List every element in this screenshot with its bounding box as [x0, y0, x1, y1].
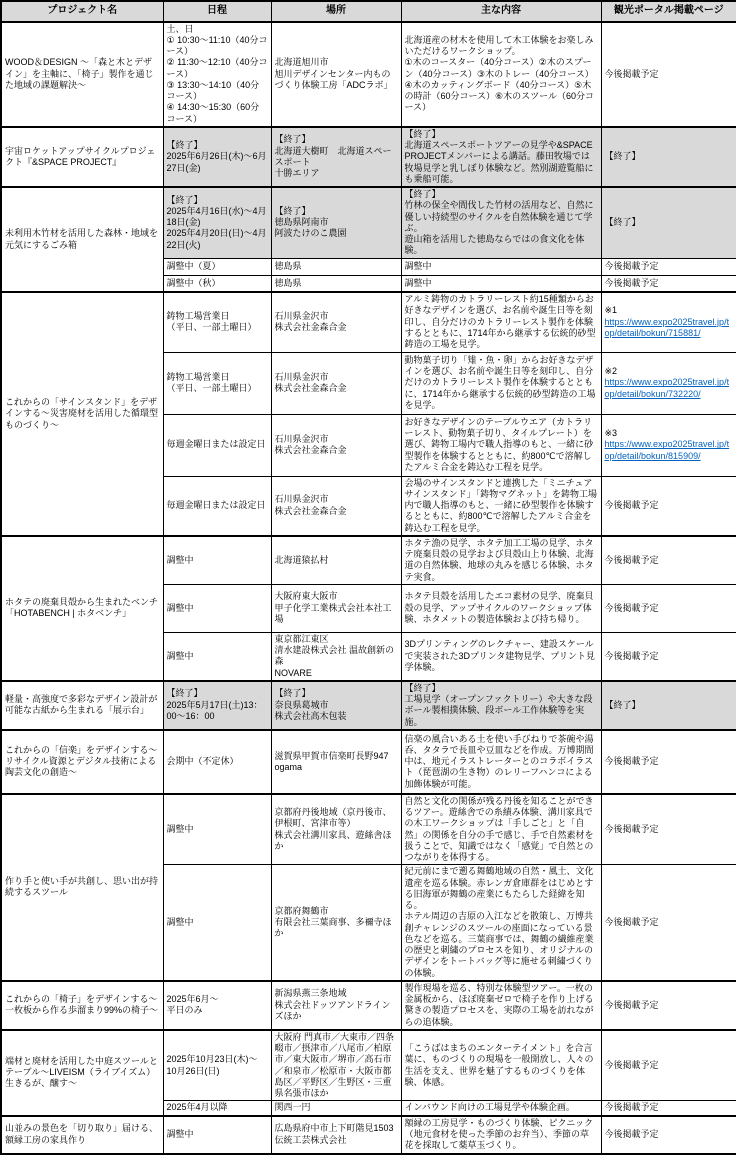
column-header-schedule: 日程 — [163, 1, 271, 22]
portal-cell: 今後掲載予定 — [601, 794, 736, 865]
content-cell: 3Dプリンティングのレクチャー、建設スケールで実装された3Dプリンタ建物見学、プ… — [401, 632, 601, 681]
portal-cell: 今後掲載予定 — [601, 536, 736, 585]
content-cell: 信楽の風合いある土を使い手びねりで茶碗や湯呑、タタラで長皿や豆皿などを作成。万博… — [401, 730, 601, 794]
location-cell: 広島県府中市上下町階見1503 伝統工芸株式会社 — [271, 1116, 401, 1154]
portal-status: 【終了】 — [605, 151, 641, 161]
schedule-cell: 調整中 — [163, 584, 271, 632]
project-name-cell: これからの「信楽」をデザインする～リサイクル資源とデジタル技術による陶芸文化の創… — [1, 730, 163, 794]
content-cell: 製作現場を巡る、特別な体験型ツアー。一枚の金属板から、ほぼ廃棄ゼロで椅子を作り上… — [401, 981, 601, 1030]
location-cell: 北海道旭川市 旭川デザインセンター内ものづくり体験工房「ADCラボ」 — [271, 22, 401, 127]
portal-cell: 今後掲載予定 — [601, 22, 736, 127]
schedule-cell: 鋳物工場営業日 （平日、一部土曜日） — [163, 292, 271, 352]
content-cell: アルミ鋳物のカトラリーレスト約15種類からお好きなデザインを選び、お名前や誕生日… — [401, 292, 601, 352]
table-row: 未利用木竹材を活用した森林・地域を元気にするごみ箱 【終了】 2025年4月16… — [1, 187, 736, 258]
schedule-cell: 2025年6月～ 平日のみ — [163, 981, 271, 1030]
portal-status: 今後掲載予定 — [605, 278, 659, 288]
content-cell: 【終了】 北海道スペースポートツアーの見学や&SPACE PROJECTメンバー… — [401, 127, 601, 187]
location-cell: 【終了】 北海道大樹町 北海道スペースポート 十勝エリア — [271, 127, 401, 187]
column-header-location: 場所 — [271, 1, 401, 22]
content-cell: 会場のサインスタンドと連携した「ミニチュアサインスタンド」「鋳物マグネット」を鋳… — [401, 476, 601, 536]
portal-cell: 今後掲載予定 — [601, 865, 736, 981]
portal-status: 今後掲載予定 — [605, 917, 659, 927]
portal-status: 今後掲載予定 — [605, 1060, 659, 1070]
table-row: 端材と廃材を活用した中庭スツールとテーブル～LIVEISM（ライブイズム） 生き… — [1, 1030, 736, 1101]
location-cell: 京都府舞鶴市 有限会社三葉商事、多禰寺ほか — [271, 865, 401, 981]
portal-cell: 今後掲載予定 — [601, 476, 736, 536]
location-cell: 大阪府東大阪市 甲子化学工業株式会社本社工場 — [271, 584, 401, 632]
portal-cell: 今後掲載予定 — [601, 1030, 736, 1101]
project-name-cell: 宇宙ロケットアップサイクルプロジェクト『&SPACE PROJECT』 — [1, 127, 163, 187]
location-cell: 新潟県燕三条地域 株式会社ドッツアンドラインズほか — [271, 981, 401, 1030]
schedule-cell: 鋳物工場営業日 （平日、一部土曜日） — [163, 352, 271, 414]
schedule-cell: 調整中 — [163, 865, 271, 981]
project-name-cell: 未利用木竹材を活用した森林・地域を元気にするごみ箱 — [1, 187, 163, 292]
project-name-cell: WOOD＆DESIGN ～「森と木とデザイン」を主軸に、「椅子」製作を通じた地域… — [1, 22, 163, 127]
content-cell: 自然と文化の関係が残る丹後を知ることができるツアー。遊絲舎での糸績み体験、溝川家… — [401, 794, 601, 865]
portal-cell: 今後掲載予定 — [601, 275, 736, 292]
content-cell: 調整中 — [401, 275, 601, 292]
schedule-cell: 調整中（秋） — [163, 275, 271, 292]
portal-note: ※2 — [605, 366, 618, 376]
portal-status: 今後掲載予定 — [605, 1129, 659, 1139]
schedule-cell: 調整中 — [163, 1116, 271, 1154]
content-cell: インバウンド向けの工場見学や体験企画。 — [401, 1101, 601, 1116]
portal-note: ※3 — [605, 428, 618, 438]
schedule-cell: 会期中（不定休） — [163, 730, 271, 794]
schedule-cell: 調整中（夏） — [163, 258, 271, 275]
project-name-cell: ホタテの廃棄貝殻から生まれたベンチ「HOTABENCH | ホタベンチ」 — [1, 536, 163, 681]
table-row: これからの「椅子」をデザインする～ 一枚板から作る歩溜まり99%の椅子～ 202… — [1, 981, 736, 1030]
portal-cell: 今後掲載予定 — [601, 730, 736, 794]
portal-cell: 今後掲載予定 — [601, 1116, 736, 1154]
table-row: 作り手と使い手が共創し、思い出が持続するスツール 調整中 京都府丹後地域（京丹後… — [1, 794, 736, 865]
location-cell: 徳島県 — [271, 275, 401, 292]
portal-status: 今後掲載予定 — [605, 1000, 659, 1010]
table-row: これからの「信楽」をデザインする～リサイクル資源とデジタル技術による陶芸文化の創… — [1, 730, 736, 794]
portal-cell: 【終了】 — [601, 127, 736, 187]
portal-cell: ※3https://www.expo2025travel.jp/top/deta… — [601, 414, 736, 476]
portal-status: 今後掲載予定 — [605, 824, 659, 834]
portal-note: ※1 — [605, 305, 618, 315]
table-row: WOOD＆DESIGN ～「森と木とデザイン」を主軸に、「椅子」製作を通じた地域… — [1, 22, 736, 127]
location-cell: 石川県金沢市 株式会社金森合金 — [271, 476, 401, 536]
schedule-cell: 調整中 — [163, 794, 271, 865]
table-row: 軽量・高強度で多彩なデザイン設計が可能な古紙から生まれる「展示台」 【終了】 2… — [1, 681, 736, 730]
location-cell: 【終了】 徳島県阿南市 阿波たけのこ農園 — [271, 187, 401, 258]
table-row: 山並みの景色を「切り取り」届ける、額縁工房の家具作り 調整中 広島県府中市上下町… — [1, 1116, 736, 1154]
portal-status: 今後掲載予定 — [605, 756, 659, 766]
project-name-cell: これからの「サインスタンド」をデザインする～災害廃材を活用した循環型ものづくり～ — [1, 292, 163, 536]
portal-link[interactable]: https://www.expo2025travel.jp/top/detail… — [605, 317, 734, 340]
schedule-cell: 毎週金曜日または設定日 — [163, 476, 271, 536]
portal-cell: ※1https://www.expo2025travel.jp/top/deta… — [601, 292, 736, 352]
location-cell: 関西一円 — [271, 1101, 401, 1116]
schedule-cell: 2025年10月23日(木)～10月26日(日) — [163, 1030, 271, 1101]
portal-cell: 今後掲載予定 — [601, 1101, 736, 1116]
location-cell: 京都府丹後地域（京丹後市、伊根町、宮津市等） 株式会社溝川家具、遊絲舎ほか — [271, 794, 401, 865]
content-cell: 調整中 — [401, 258, 601, 275]
content-cell: 額縁の工房見学・ものづくり体験、ピクニック（地元食材を使った季節のお弁当）、季節… — [401, 1116, 601, 1154]
project-name-cell: これからの「椅子」をデザインする～ 一枚板から作る歩溜まり99%の椅子～ — [1, 981, 163, 1030]
portal-status: 今後掲載予定 — [605, 1102, 659, 1112]
content-cell: お好きなデザインのテーブルウエア（カトラリーレスト、動物菓子切り、タイルプレート… — [401, 414, 601, 476]
column-header-content: 主な内容 — [401, 1, 601, 22]
schedule-cell: 2025年4月以降 — [163, 1101, 271, 1116]
project-schedule-table: プロジェクト名 日程 場所 主な内容 観光ポータル掲載ページ WOOD＆DESI… — [0, 0, 736, 1155]
portal-status: 【終了】 — [605, 700, 641, 710]
schedule-cell: 土、日 ① 10:30～11:10（40分コース） ② 11:30～12:10（… — [163, 22, 271, 127]
portal-status: 【終了】 — [605, 217, 641, 227]
location-cell: 石川県金沢市 株式会社金森合金 — [271, 352, 401, 414]
schedule-cell: 調整中 — [163, 632, 271, 681]
portal-cell: 今後掲載予定 — [601, 981, 736, 1030]
portal-status: 今後掲載予定 — [605, 651, 659, 661]
portal-link[interactable]: https://www.expo2025travel.jp/top/detail… — [605, 377, 734, 400]
schedule-cell: 毎週金曜日または設定日 — [163, 414, 271, 476]
schedule-cell: 調整中 — [163, 536, 271, 585]
portal-cell: 今後掲載予定 — [601, 632, 736, 681]
location-cell: 【終了】 奈良県葛城市 株式会社高木包装 — [271, 681, 401, 730]
content-cell: 北海道産の材木を使用して木工体験をお楽しみいただけるワークショップ。 ①木のコー… — [401, 22, 601, 127]
content-cell: 【終了】 竹林の保全や間伐した竹材の活用など、自然に優しい持続型のサイクルを自然… — [401, 187, 601, 258]
portal-cell: ※2https://www.expo2025travel.jp/top/deta… — [601, 352, 736, 414]
project-name-cell: 作り手と使い手が共創し、思い出が持続するスツール — [1, 794, 163, 981]
portal-cell: 【終了】 — [601, 681, 736, 730]
project-name-cell: 端材と廃材を活用した中庭スツールとテーブル～LIVEISM（ライブイズム） 生き… — [1, 1030, 163, 1116]
portal-cell: 今後掲載予定 — [601, 258, 736, 275]
location-cell: 北海道猿払村 — [271, 536, 401, 585]
location-cell: 石川県金沢市 株式会社金森合金 — [271, 292, 401, 352]
portal-status: 今後掲載予定 — [605, 261, 659, 271]
content-cell: 「こうばはまちのエンターテイメント」を合言葉に、ものづくりの現場を一般開放し、人… — [401, 1030, 601, 1101]
portal-cell: 今後掲載予定 — [601, 584, 736, 632]
location-cell: 石川県金沢市 株式会社金森合金 — [271, 414, 401, 476]
location-cell: 滋賀県甲賀市信楽町長野947 ogama — [271, 730, 401, 794]
portal-status: 今後掲載予定 — [605, 555, 659, 565]
portal-status: 今後掲載予定 — [605, 69, 659, 79]
table-row: 宇宙ロケットアップサイクルプロジェクト『&SPACE PROJECT』 【終了】… — [1, 127, 736, 187]
header-row: プロジェクト名 日程 場所 主な内容 観光ポータル掲載ページ — [1, 1, 736, 22]
project-name-cell: 軽量・高強度で多彩なデザイン設計が可能な古紙から生まれる「展示台」 — [1, 681, 163, 730]
portal-status: 今後掲載予定 — [605, 500, 659, 510]
portal-link[interactable]: https://www.expo2025travel.jp/top/detail… — [605, 439, 734, 462]
location-cell: 東京都江東区 清水建設株式会社 温故創新の森 NOVARE — [271, 632, 401, 681]
column-header-portal: 観光ポータル掲載ページ — [601, 1, 736, 22]
content-cell: 【終了】 工場見学（オープンファクトリー）や大きな段ボール製相撲体験、段ボール工… — [401, 681, 601, 730]
location-cell: 大阪府 門真市／大東市／四条畷市／摂津市／八尾市／柏原市／東大阪市／堺市／高石市… — [271, 1030, 401, 1101]
content-cell: ホタテ貝殻を活用したエコ素材の見学、廃棄貝殻の見学、アップサイクルのワークショッ… — [401, 584, 601, 632]
location-cell: 徳島県 — [271, 258, 401, 275]
content-cell: 動物菓子切り「雉・魚・卵」からお好きなデザインを選び、お名前や誕生日等を刻印し、… — [401, 352, 601, 414]
schedule-cell: 【終了】 2025年6月26日(木)～6月27日(金) — [163, 127, 271, 187]
portal-cell: 【終了】 — [601, 187, 736, 258]
column-header-project: プロジェクト名 — [1, 1, 163, 22]
table-row: これからの「サインスタンド」をデザインする～災害廃材を活用した循環型ものづくり～… — [1, 292, 736, 352]
content-cell: ホタテ漁の見学、ホタテ加工工場の見学、ホタテ廃棄貝殻の見学および貝殻山上り体験、… — [401, 536, 601, 585]
content-cell: 紀元前にまで遡る舞鶴地域の自然・風土、文化遺産を巡る体験。赤レンガ倉庫群をはじめ… — [401, 865, 601, 981]
table-row: ホタテの廃棄貝殻から生まれたベンチ「HOTABENCH | ホタベンチ」 調整中… — [1, 536, 736, 585]
schedule-cell: 【終了】 2025年4月16日(水)～4月18日(金) 2025年4月20日(日… — [163, 187, 271, 258]
schedule-cell: 【終了】 2025年5月17日(土)13：00～16：00 — [163, 681, 271, 730]
project-name-cell: 山並みの景色を「切り取り」届ける、額縁工房の家具作り — [1, 1116, 163, 1154]
portal-status: 今後掲載予定 — [605, 603, 659, 613]
